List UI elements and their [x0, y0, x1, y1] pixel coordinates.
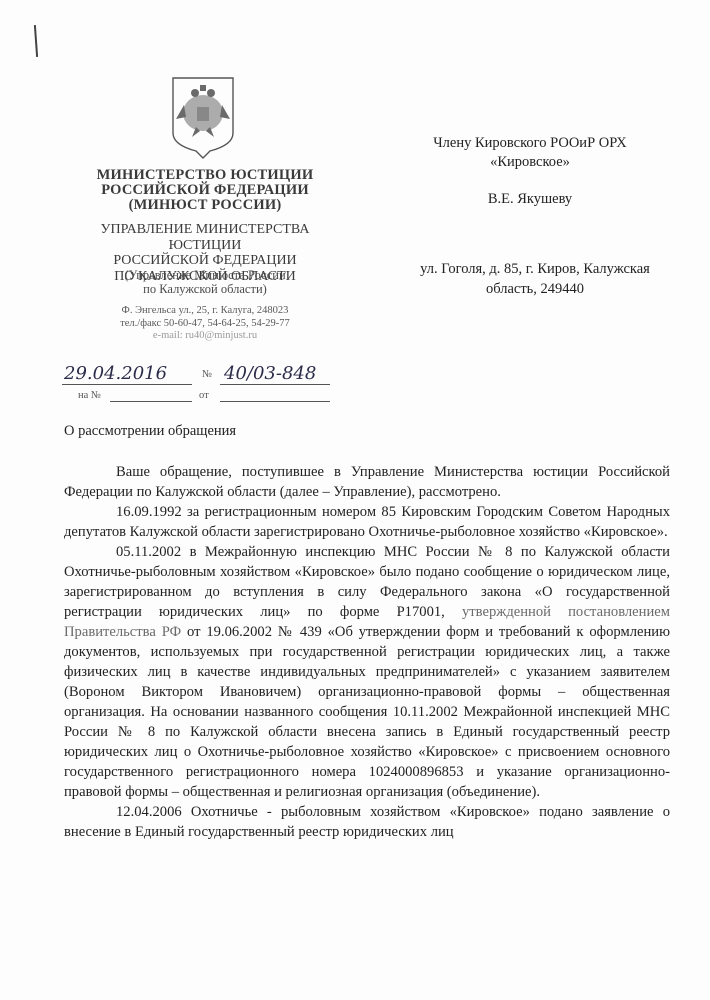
ministry-line: МИНИСТЕРСТВО ЮСТИЦИИ [65, 168, 345, 183]
letter-body: Ваше обращение, поступившее в Управление… [64, 462, 670, 842]
addressee-name: В.Е. Якушеву [400, 190, 660, 209]
ref-number-label: на № [78, 390, 101, 401]
department-short-line: (Управление Минюста России [65, 268, 345, 282]
ministry-name: МИНИСТЕРСТВО ЮСТИЦИИ РОССИЙСКОЙ ФЕДЕРАЦИ… [65, 168, 345, 213]
phone-fax: тел./факс 50-60-47, 54-64-25, 54-29-77 [65, 318, 345, 331]
addressee-block: Члену Кировского РООиР ОРХ «Кировское» В… [400, 134, 660, 209]
paragraph-text: от 19.06.2002 № 439 «Об утверждении форм… [64, 624, 670, 800]
ministry-line: (МИНЮСТ РОССИИ) [65, 198, 345, 213]
ministry-line: РОССИЙСКОЙ ФЕДЕРАЦИИ [65, 183, 345, 198]
address-line: ул. Гоголя, д. 85, г. Киров, Калужская [405, 259, 665, 279]
number-label: № [202, 369, 212, 380]
paragraph: 16.09.1992 за регистрационным номером 85… [64, 502, 670, 542]
pen-mark [34, 25, 38, 57]
paragraph: Ваше обращение, поступившее в Управление… [64, 462, 670, 502]
address-line: область, 249440 [405, 279, 665, 299]
paragraph: 12.04.2006 Охотничье - рыболовным хозяйс… [64, 802, 670, 842]
postal-address: Ф. Энгельса ул., 25, г. Калуга, 248023 [65, 305, 345, 318]
addressee-address: ул. Гоголя, д. 85, г. Киров, Калужская о… [405, 259, 665, 299]
department-line: УПРАВЛЕНИЕ МИНИСТЕРСТВА ЮСТИЦИИ [65, 222, 345, 253]
coat-of-arms-icon [170, 75, 236, 159]
addressee-line: «Кировское» [400, 153, 660, 172]
letterhead-contacts: Ф. Энгельса ул., 25, г. Калуга, 248023 т… [65, 305, 345, 343]
department-line: РОССИЙСКОЙ ФЕДЕРАЦИИ [65, 253, 345, 269]
email-link[interactable]: e-mail: ru40@minjust.ru [65, 330, 345, 343]
outgoing-number: 40/03-848 [224, 363, 316, 384]
reference-line: на № от [62, 390, 342, 408]
letter-subject: О рассмотрении обращения [64, 423, 236, 440]
department-short-line: по Калужской области) [65, 282, 345, 296]
ref-from-label: от [199, 390, 209, 401]
registration-date-number: 29.04.2016 № 40/03-848 [62, 365, 342, 385]
addressee-line: Члену Кировского РООиР ОРХ [400, 134, 660, 153]
department-short-name: (Управление Минюста России по Калужской … [65, 268, 345, 296]
outgoing-date: 29.04.2016 [64, 363, 167, 384]
paragraph: 05.11.2002 в Межрайонную инспекцию МНС Р… [64, 542, 670, 802]
